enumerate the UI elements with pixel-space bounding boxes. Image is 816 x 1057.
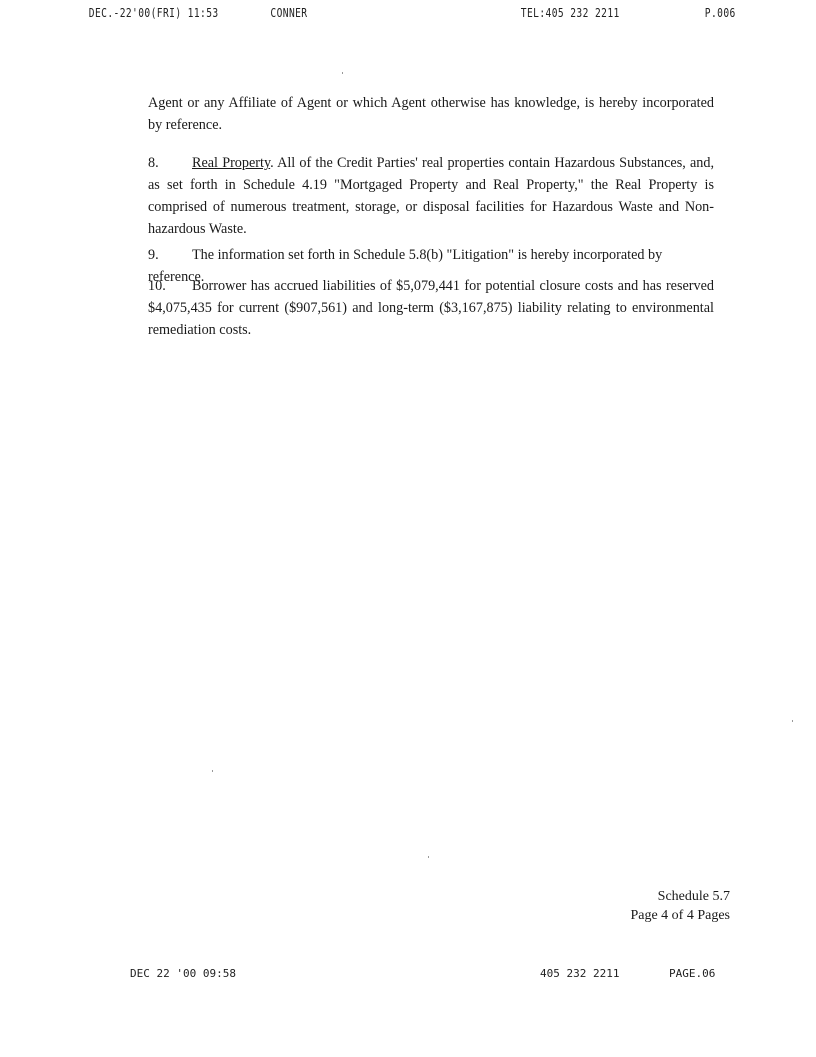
fax-footer-tel: 405 232 2211 bbox=[540, 967, 619, 980]
fax-header-datetime: DEC.-22'00(FRI) 11:53 bbox=[89, 6, 219, 20]
item-8: 8.Real Property. All of the Credit Parti… bbox=[148, 152, 714, 240]
schedule-number: Schedule 5.7 bbox=[630, 887, 730, 906]
fax-header-tel: TEL:405 232 2211 bbox=[521, 6, 620, 20]
item-number: 10. bbox=[148, 275, 192, 297]
scan-speck bbox=[428, 856, 429, 858]
item-10: 10.Borrower has accrued liabilities of $… bbox=[148, 275, 714, 341]
fax-header-sender: CONNER bbox=[270, 6, 307, 20]
item-number: 9. bbox=[148, 244, 192, 266]
fax-header-page: P.006 bbox=[705, 6, 736, 20]
continuation-paragraph: Agent or any Affiliate of Agent or which… bbox=[148, 92, 714, 136]
item-heading: Real Property bbox=[192, 155, 270, 171]
schedule-label: Schedule 5.7 Page 4 of 4 Pages bbox=[630, 887, 730, 925]
scan-speck bbox=[212, 770, 213, 772]
scan-speck bbox=[792, 720, 793, 722]
fax-footer: DEC 22 '00 09:58 405 232 2211 PAGE.06 bbox=[0, 967, 816, 985]
scan-speck bbox=[342, 72, 343, 74]
fax-footer-page: PAGE.06 bbox=[669, 967, 715, 980]
page-count: Page 4 of 4 Pages bbox=[630, 906, 730, 925]
fax-header: DEC.-22'00(FRI) 11:53 CONNER TEL:405 232… bbox=[0, 6, 653, 28]
item-text: Borrower has accrued liabilities of $5,0… bbox=[148, 278, 714, 338]
item-number: 8. bbox=[148, 152, 192, 174]
fax-footer-datetime: DEC 22 '00 09:58 bbox=[130, 967, 236, 980]
